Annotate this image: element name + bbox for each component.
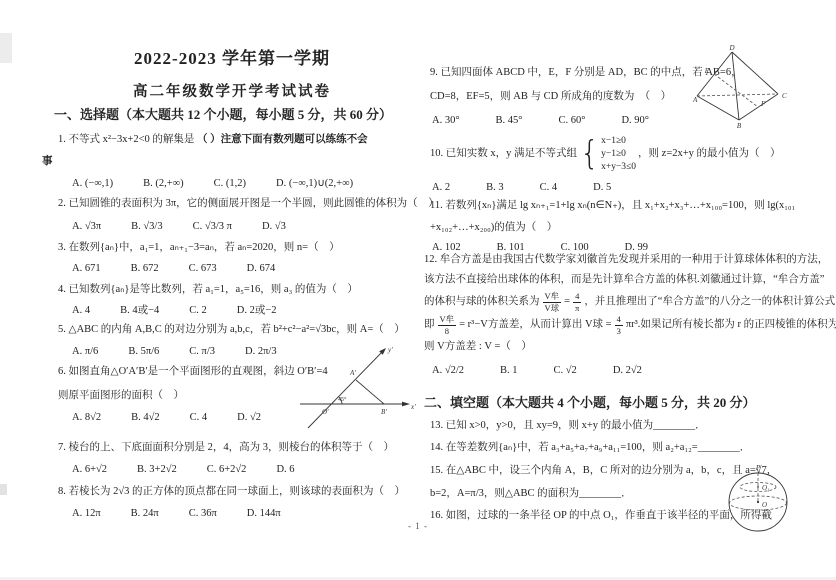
q10-suffix: ，则 z=2x+y 的最小值为（ ）: [638, 147, 781, 161]
q6-label-y-axis: y′: [387, 346, 393, 354]
q5-option-b: B. 5π/6: [128, 345, 159, 359]
q5-option-c: C. π/3: [189, 345, 215, 359]
q9-label-d: D: [728, 44, 734, 52]
exam-name-title: 高二年级数学开学考试试卷: [40, 80, 424, 101]
q8-option-c: C. 36π: [189, 507, 217, 521]
q9-label-f: F: [760, 100, 766, 108]
q1-option-d: D. (−∞,1)∪(2,+∞): [276, 177, 353, 191]
q12-line4b: = r³−V方盖差，从而计算出 V球 =: [459, 318, 611, 332]
q1-option-b: B. (2,+∞): [143, 177, 184, 191]
q6-option-c: C. 4: [190, 411, 208, 425]
question-12-line4: 即 V牟 8 = r³−V方盖差，从而计算出 V球 = 4 3 πr³.如果记所…: [424, 314, 836, 336]
question-2-stem: 2. 已知圆锥的表面积为 3π，它的侧面展开图是一个半圆，则此圆锥的体积为（ ）: [58, 197, 439, 211]
question-6-stem-line2: 则原平面图形的面积（ ）: [58, 389, 184, 403]
q4-option-c: C. 2: [189, 304, 207, 318]
q16-label-o1: O₁: [762, 484, 770, 492]
section-choice-heading: 一、选择题（本大题共 12 个小题，每小题 5 分，共 60 分）: [54, 106, 392, 124]
q3-option-b: B. 672: [131, 262, 159, 276]
q12-line3a: 的体积与球的体积关系为: [424, 295, 540, 309]
q12-fraction-4-pi: 4 π: [573, 291, 581, 313]
q9-options: A. 30° B. 45° C. 60° D. 90°: [432, 114, 649, 128]
q2-option-a: A. √3π: [72, 220, 101, 234]
q10-options: A. 2 B. 3 C. 4 D. 5: [432, 181, 611, 195]
q4-option-b: B. 4或−4: [120, 304, 159, 318]
q10-option-c: C. 4: [540, 181, 558, 195]
q1-option-a: A. (−∞,1): [72, 177, 113, 191]
q12-line3b: =: [564, 295, 570, 309]
question-6-stem-line1: 6. 如图直角△O′A′B′是一个平面图形的直观图，斜边 O′B′=4: [58, 365, 328, 379]
q9-label-c: C: [782, 92, 787, 100]
q12-option-b: B. 1: [500, 364, 518, 378]
q6-option-b: B. 4√2: [131, 411, 160, 425]
q1-note-text: （ ）注意下面有数列题可以练练不会: [197, 134, 368, 145]
q7-option-b: B. 3+2√2: [137, 463, 177, 477]
q10-option-d: D. 5: [593, 181, 611, 195]
q6-label-point-b: B′: [381, 408, 387, 416]
q12-option-d: D. 2√2: [613, 364, 642, 378]
q1-stem-text: 1. 不等式 x²−3x+2<0 的解集是: [58, 134, 194, 145]
q12-frac2-den: π: [575, 303, 579, 314]
q4-option-d: D. 2或−2: [237, 304, 277, 318]
question-13-stem: 13. 已知 x>0，y>0，且 xy=9，则 x+y 的最小值为_______…: [430, 419, 706, 433]
q9-tetrahedron-diagram: D A C B E F: [692, 44, 804, 129]
q7-option-c: C. 6+2√2: [207, 463, 247, 477]
question-12-line1: 12. 牟合方盖是由我国古代数学家刘徽首先发现并采用的一种用于计算球体体积的方法…: [424, 253, 828, 267]
q8-option-b: B. 24π: [131, 507, 159, 521]
q3-option-a: A. 671: [72, 262, 101, 276]
q12-fraction-vmu-8: V牟 8: [438, 314, 457, 336]
q10-ineq-3: x+y−3≤0: [601, 161, 636, 174]
question-12-line2: 该方法不直接给出球体的体积，而是先计算牟合方盖的体积.刘徽通过计算，“牟合方盖”: [424, 273, 824, 287]
scan-artifact-left: [0, 484, 7, 495]
q4-option-a: A. 4: [72, 304, 90, 318]
q12-option-a: A. √2/2: [432, 364, 464, 378]
q12-line3c: ，并且推理出了“牟合方盖”的八分之一的体积计算公式，: [584, 295, 836, 309]
q1-option-c: C. (1,2): [214, 177, 246, 191]
question-11-stem-line2: +x₁₀₂+…+x₂₀₀)的值为（ ）: [430, 221, 557, 235]
q10-ineq-1: x−1≥0: [601, 135, 636, 148]
q6-label-point-a: A′: [349, 369, 356, 377]
question-7-stem: 7. 棱台的上、下底面面积分别是 2，4，高为 3，则棱台的体积等于（ ）: [58, 441, 394, 455]
q16-label-p: P: [755, 464, 761, 472]
q12-options: A. √2/2 B. 1 C. √2 D. 2√2: [432, 364, 642, 378]
q12-line4a: 即: [424, 318, 435, 332]
q5-options: A. π/6 B. 5π/6 C. π/3 D. 2π/3: [72, 345, 277, 359]
page-number: - 1 -: [0, 521, 836, 531]
q3-option-c: C. 673: [189, 262, 217, 276]
q8-option-a: A. 12π: [72, 507, 101, 521]
q7-options: A. 6+√2 B. 3+2√2 C. 6+2√2 D. 6: [72, 463, 295, 477]
question-9-stem-line2: CD=8，EF=5，则 AB 与 CD 所成角的度数为 （ ）: [430, 90, 671, 104]
q6-option-d: D. √2: [237, 411, 261, 425]
q16-label-o: O: [762, 501, 767, 509]
question-5-stem: 5. △ABC 的内角 A,B,C 的对边分别为 a,b,c，若 b²+c²−a…: [58, 323, 405, 337]
brace-left: [580, 132, 599, 177]
question-12-line3: 的体积与球的体积关系为 V牟 V球 = 4 π ，并且推理出了“牟合方盖”的八分…: [424, 291, 836, 313]
exam-term-title: 2022-2023 学年第一学期: [40, 44, 424, 69]
q5-option-a: A. π/6: [72, 345, 98, 359]
q6-oblique-axes-diagram: 45° y′ x′ A′ O′ B′: [296, 340, 421, 435]
q9-option-d: D. 90°: [621, 114, 649, 128]
q12-frac3-num: V牟: [438, 314, 457, 326]
scan-artifact-top: [0, 33, 12, 63]
q6-label-angle: 45°: [338, 396, 347, 403]
question-1-stem: 1. 不等式 x²−3x+2<0 的解集是 （ ）注意下面有数列题可以练练不会: [58, 133, 368, 147]
q10-inequality-system: x−1≥0 y−1≥0 x+y−3≤0: [601, 135, 636, 173]
q1-note-line2: 事: [42, 155, 53, 169]
left-column: 2022-2023 学年第一学期 高二年级数学开学考试试卷 一、选择题（本大题共…: [40, 0, 424, 580]
q2-options: A. √3π B. √3/3 C. √3/3 π D. √3: [72, 220, 286, 234]
q9-label-b: B: [737, 122, 742, 130]
q4-options: A. 4 B. 4或−4 C. 2 D. 2或−2: [72, 304, 277, 318]
q12-frac4-num: 4: [615, 314, 623, 326]
q10-ineq-2: y−1≥0: [601, 148, 636, 161]
q7-option-a: A. 6+√2: [72, 463, 107, 477]
q3-options: A. 671 B. 672 C. 673 D. 674: [72, 262, 275, 276]
q9-option-b: B. 45°: [496, 114, 523, 128]
q5-option-d: D. 2π/3: [245, 345, 277, 359]
q9-option-a: A. 30°: [432, 114, 460, 128]
q12-fraction-4-3: 4 3: [615, 314, 623, 336]
q10-option-b: B. 3: [486, 181, 504, 195]
question-3-stem: 3. 在数列{aₙ}中，a₁=1，aₙ₊₁−3=aₙ，若 aₙ=2020，则 n…: [58, 241, 340, 255]
q2-option-c: C. √3/3 π: [193, 220, 232, 234]
q8-options: A. 12π B. 24π C. 36π D. 144π: [72, 507, 281, 521]
question-11-stem-line1: 11. 若数列{xₙ}满足 lg xₙ₊₁=1+lg xₙ(n∈N₊)，且 x₁…: [430, 199, 795, 213]
q6-label-x-axis: x′: [410, 403, 416, 411]
section-fill-heading: 二、填空题（本大题共 4 个小题，每小题 5 分，共 20 分）: [424, 394, 756, 412]
q9-label-e: E: [704, 67, 710, 75]
q12-line4c: πr³.如果记所有棱长都为 r 的正四棱锥的体积为 V，: [626, 318, 836, 332]
q2-option-d: D. √3: [262, 220, 286, 234]
q12-frac4-den: 3: [617, 326, 621, 337]
question-12-line5: 则 V方盖差 : V =（ ）: [424, 340, 532, 354]
q6-label-origin: O′: [322, 408, 329, 416]
q12-frac2-num: 4: [573, 291, 581, 303]
q1-options: A. (−∞,1) B. (2,+∞) C. (1,2) D. (−∞,1)∪(…: [72, 177, 353, 191]
q12-frac1-num: V牟: [543, 291, 562, 303]
question-15-stem-line2: b=2，A=π/3，则△ABC 的面积为________．: [430, 487, 632, 501]
q12-frac3-den: 8: [445, 326, 449, 337]
question-10-stem: 10. 已知实数 x，y 满足不等式组 x−1≥0 y−1≥0 x+y−3≤0 …: [430, 134, 781, 175]
q10-prefix: 10. 已知实数 x，y 满足不等式组: [430, 147, 577, 161]
q10-option-a: A. 2: [432, 181, 450, 195]
q12-frac1-den: V球: [545, 303, 560, 314]
q6-option-a: A. 8√2: [72, 411, 101, 425]
q1-note2-text: 事: [42, 156, 53, 167]
q8-option-d: D. 144π: [247, 507, 281, 521]
q7-option-d: D. 6: [276, 463, 294, 477]
right-column: 9. 已知四面体 ABCD 中，E，F 分别是 AD，BC 的中点，若 AB=6…: [424, 0, 834, 580]
q12-fraction-vmu-vball: V牟 V球: [543, 291, 562, 313]
q12-option-c: C. √2: [554, 364, 577, 378]
question-14-stem: 14. 在等差数列{aₙ}中，若 a₃+a₅+a₇+a₉+a₁₁=100，则 a…: [430, 441, 750, 455]
q9-label-a: A: [692, 96, 698, 104]
q6-options: A. 8√2 B. 4√2 C. 4 D. √2: [72, 411, 261, 425]
question-4-stem: 4. 已知数列{aₙ}是等比数列，若 a₁=1，a₅=16，则 a₃ 的值为（ …: [58, 283, 358, 297]
question-8-stem: 8. 若棱长为 2√3 的正方体的顶点都在同一球面上，则该球的表面积为（ ）: [58, 485, 405, 499]
q3-option-d: D. 674: [247, 262, 276, 276]
q2-option-b: B. √3/3: [131, 220, 162, 234]
q9-option-c: C. 60°: [559, 114, 586, 128]
